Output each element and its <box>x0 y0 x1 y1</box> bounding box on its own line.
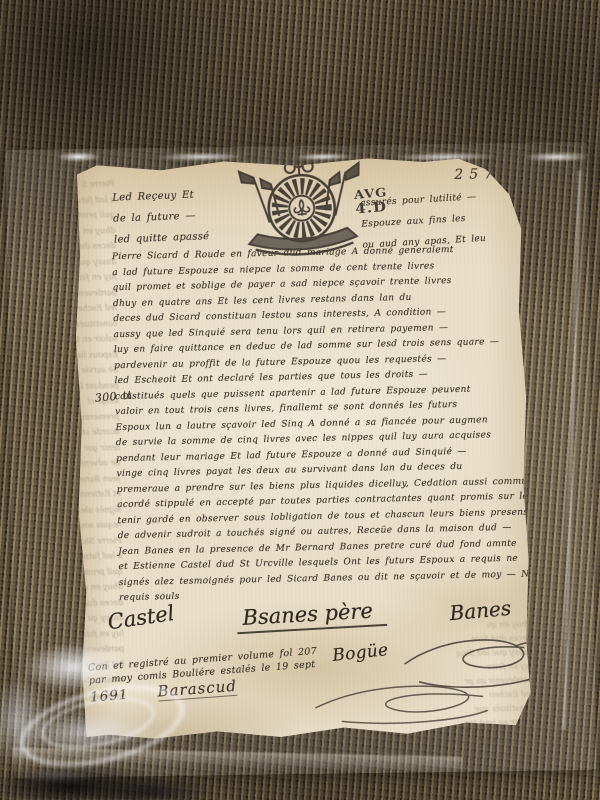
bleed-through-line: a lad future Esp <box>78 548 122 564</box>
bleed-through-line: pardevenir au p <box>73 285 117 301</box>
bleed-through-line: requis souls <box>77 517 121 533</box>
signature-banes: Banes <box>449 596 513 625</box>
bleed-through-line: et Estienn <box>77 486 121 502</box>
bleed-through-line: Pierre Sica <box>78 532 122 548</box>
bleed-through-line: Jean Banes en la pr <box>76 471 120 487</box>
photo-of-manuscript: Pierre Sa lad future quil promet et sobd… <box>0 0 600 800</box>
bleed-through-line: tenir gar <box>76 440 120 456</box>
bleed-through-line: de advenir sud <box>76 455 120 471</box>
bleed-through-line: signés alez tes <box>77 502 121 518</box>
bleed-through-line: valoir en tout t <box>74 331 118 347</box>
signature-banes-pere: Bsanes père <box>236 598 388 634</box>
paraph-flourish-icon <box>311 678 492 728</box>
bleed-through-line: acordé stippulé en <box>75 424 119 440</box>
bleed-through-line: Espoux lun a lautre s <box>74 347 118 363</box>
bleed-through-line: constitués <box>73 316 117 332</box>
dark-object-bottom-left <box>0 748 235 800</box>
manuscript-body: Pierre Sicard d Roude en faveur dud mari… <box>112 242 501 606</box>
bleed-through-line: premeraue a p <box>75 409 119 425</box>
bleed-through-line: de survie la <box>74 362 118 378</box>
bleed-through-line: quil promet et soblig <box>78 563 122 579</box>
signature-castel: Castel <box>106 601 176 634</box>
bleed-through-line: led Escheoit Et ont <box>73 300 117 316</box>
